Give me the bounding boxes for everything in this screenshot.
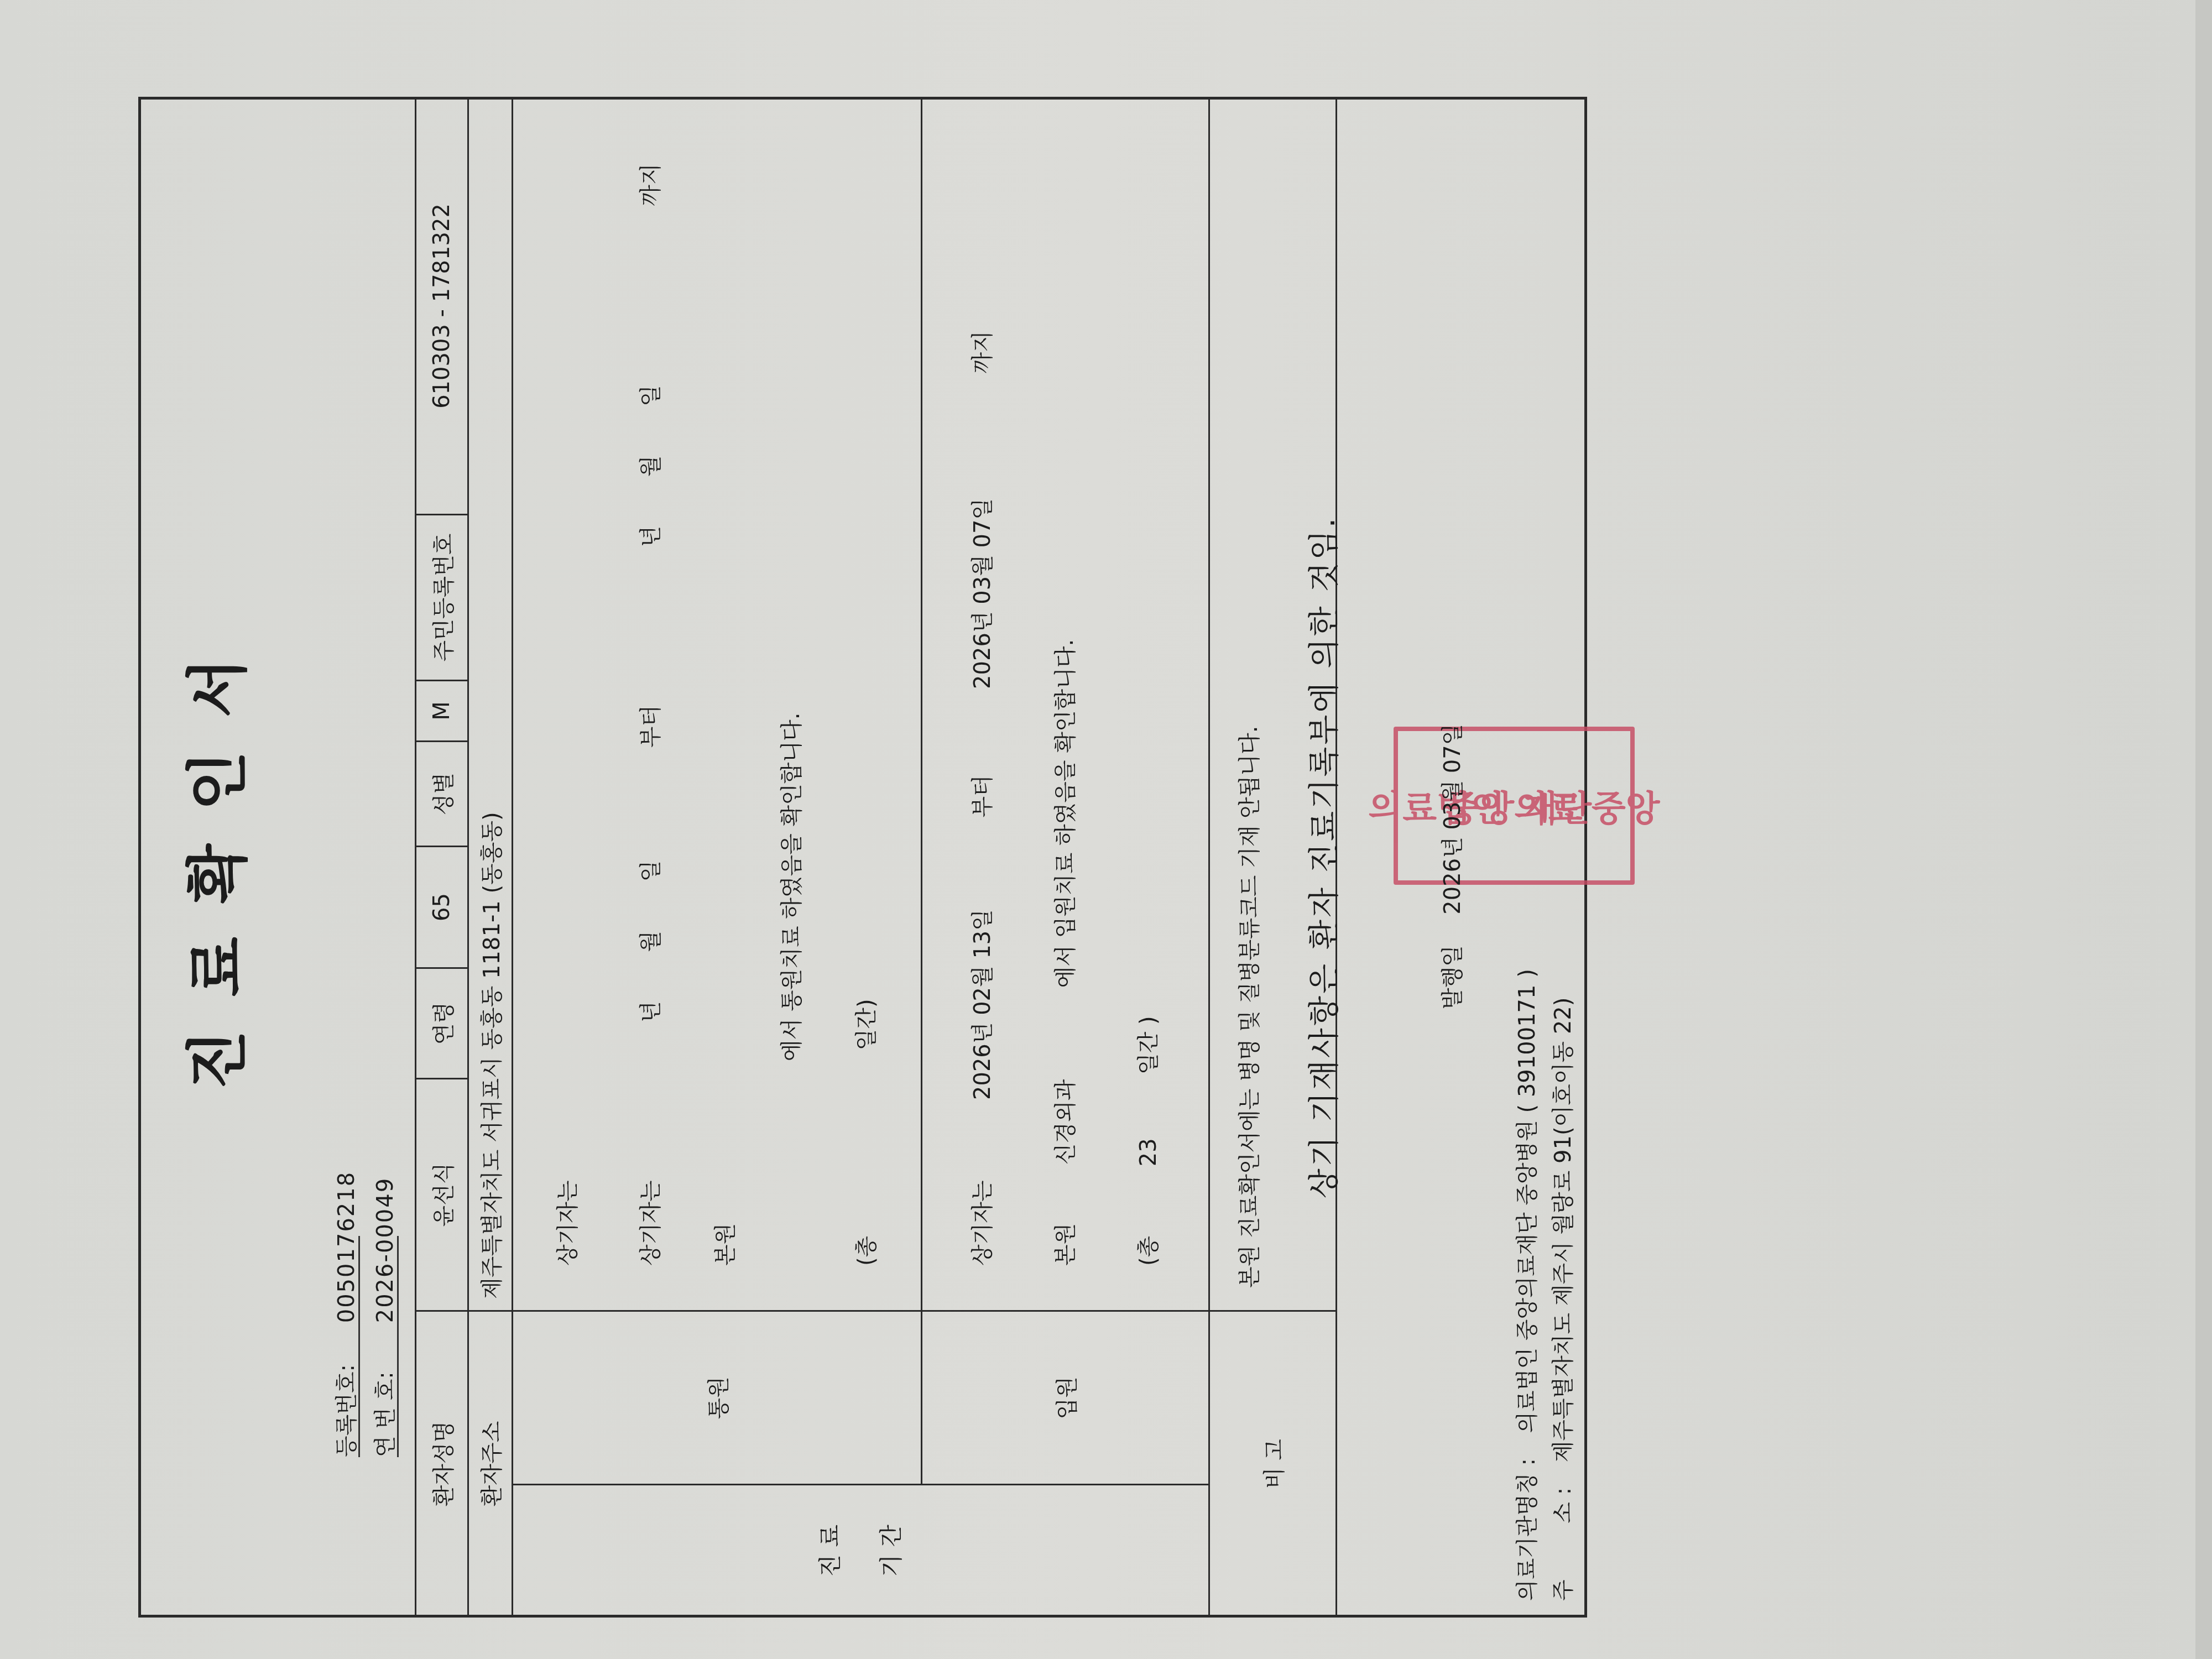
- outpatient-label: 통원: [513, 1311, 922, 1485]
- institution-name: 의료법인 중앙의료재단 중앙병원 ( 39100171 ): [1515, 969, 1540, 1433]
- outpatient-days-open: (총: [854, 1236, 879, 1266]
- inpatient-end-date: 2026년 03월 07일: [970, 498, 995, 689]
- patient-name-label: 환자성명: [416, 1311, 468, 1617]
- inpatient-row: 입원 상기자는 2026년 02월 13일 부터 2026년 03월 07일 까…: [922, 98, 1209, 1617]
- serial-number: 2026-00049: [373, 1177, 398, 1323]
- inpatient-start-date: 2026년 02월 13일: [970, 909, 995, 1100]
- outpatient-line2: 상기자는 년 월 일 부터 년 월 일 까지: [609, 109, 692, 1266]
- meta-underline: [358, 1236, 360, 1457]
- inpatient-until: 까지: [970, 331, 995, 373]
- stamp-line: 재단중앙: [1523, 780, 1660, 831]
- inpatient-line2: 본원 신경외과 에서 입원치료 하였음을 확인합니다.: [1024, 109, 1107, 1266]
- sex-value: M: [416, 681, 468, 742]
- document-title: 진료확인서: [169, 97, 258, 1618]
- inpatient-confirm-text: 에서 입원치료 하였음을 확인합니다.: [1053, 639, 1078, 988]
- paper-edge: [2195, 0, 2212, 1659]
- institution-address-label: 주 소 :: [1551, 1488, 1576, 1601]
- issue-date-row: 발행일 2026년 03월 07일: [1435, 724, 1467, 1009]
- outpatient-start-date: 년 월 일: [638, 839, 664, 1022]
- outpatient-until: 까지: [638, 163, 664, 206]
- treatment-confirmation-document: 진료확인서 등록번호: 0050176218 연 번 호: 2026-00049…: [138, 97, 1587, 1618]
- inpatient-from: 부터: [970, 775, 995, 817]
- outpatient-line3-suffix: 에서 통원치료 하였음을 확인합니다.: [759, 109, 825, 1266]
- hospital-seal-stamp: 의료법인 중앙의료 재단중앙: [1394, 727, 1635, 885]
- outpatient-subject: 상기자는: [638, 1180, 664, 1266]
- patient-address-label: 환자주소: [468, 1311, 513, 1617]
- inpatient-hospital: 본원: [1053, 1223, 1078, 1266]
- patient-address-row: 환자주소 제주특별자치도 서귀포시 동홍동 1181-1 (동홍동): [468, 98, 513, 1617]
- institution-address: 제주특별자치도 제주시 월랑로 91(이호이동 22): [1551, 998, 1576, 1463]
- outpatient-line4: (총 일간): [825, 109, 908, 1266]
- serial-number-label: 연 번 호:: [368, 1363, 399, 1457]
- inpatient-subject: 상기자는: [970, 1180, 995, 1266]
- inpatient-label: 입원: [922, 1311, 1209, 1485]
- inpatient-line3: (총 23 일간 ): [1107, 109, 1190, 1266]
- institution-name-label: 의료기관명칭 :: [1515, 1458, 1540, 1601]
- institution-address-row: 주 소 : 제주특별자치도 제주시 월랑로 91(이호이동 22): [1546, 998, 1577, 1601]
- certification-statement: 상기 기재사항은 환자 진료기록부에 의한 것임.: [1300, 97, 1344, 1618]
- age-label: 연령: [416, 968, 468, 1079]
- outpatient-from: 부터: [638, 705, 664, 748]
- treatment-period-label-line1: 진 료: [800, 1496, 861, 1605]
- inpatient-days: 23: [1136, 1138, 1161, 1166]
- registration-number-row: 등록번호: 0050176218: [329, 1171, 361, 1457]
- rrn-value: 610303 - 1781322: [416, 98, 468, 515]
- outpatient-line1: 상기자는: [526, 109, 609, 1266]
- registration-number-label: 등록번호:: [329, 1363, 361, 1457]
- inpatient-details: 상기자는 2026년 02월 13일 부터 2026년 03월 07일 까지 본…: [922, 98, 1209, 1311]
- patient-address: 제주특별자치도 서귀포시 동홍동 1181-1 (동홍동): [468, 98, 513, 1311]
- treatment-period-label-line2: 기 간: [861, 1496, 922, 1605]
- serial-number-row: 연 번 호: 2026-00049: [368, 1177, 399, 1457]
- rrn-label: 주민등록번호: [416, 515, 468, 681]
- registration-number: 0050176218: [334, 1171, 359, 1323]
- outpatient-days-close: 일간): [854, 999, 879, 1050]
- meta-underline: [397, 1236, 399, 1457]
- patient-name-row: 환자성명 윤선식 연령 65 성별 M 주민등록번호 610303 - 1781…: [416, 98, 468, 1617]
- outpatient-line3-prefix: 본원: [692, 109, 759, 1266]
- patient-name: 윤선식: [416, 1079, 468, 1311]
- issue-date-label: 발행일: [1440, 945, 1465, 1009]
- age-value: 65: [416, 847, 468, 968]
- outpatient-row: 진 료 기 간 통원 상기자는 상기자는 년 월 일 부터 년 월 일 까지 본…: [513, 98, 922, 1617]
- issue-date: 2026년 03월 07일: [1440, 724, 1465, 915]
- sex-label: 성별: [416, 742, 468, 847]
- inpatient-line1: 상기자는 2026년 02월 13일 부터 2026년 03월 07일 까지: [941, 109, 1024, 1266]
- institution-name-row: 의료기관명칭 : 의료법인 중앙의료재단 중앙병원 ( 39100171 ): [1510, 969, 1541, 1601]
- inpatient-department: 신경외과: [1053, 1079, 1078, 1165]
- outpatient-details: 상기자는 상기자는 년 월 일 부터 년 월 일 까지 본원 에서 통원치료 하…: [513, 98, 922, 1311]
- patient-info-table: 환자성명 윤선식 연령 65 성별 M 주민등록번호 610303 - 1781…: [415, 97, 1337, 1618]
- outpatient-end-date: 년 월 일: [638, 364, 664, 547]
- inpatient-days-open: (총: [1136, 1236, 1161, 1266]
- inpatient-days-close: 일간 ): [1136, 1016, 1161, 1074]
- treatment-period-label: 진 료 기 간: [513, 1485, 1209, 1617]
